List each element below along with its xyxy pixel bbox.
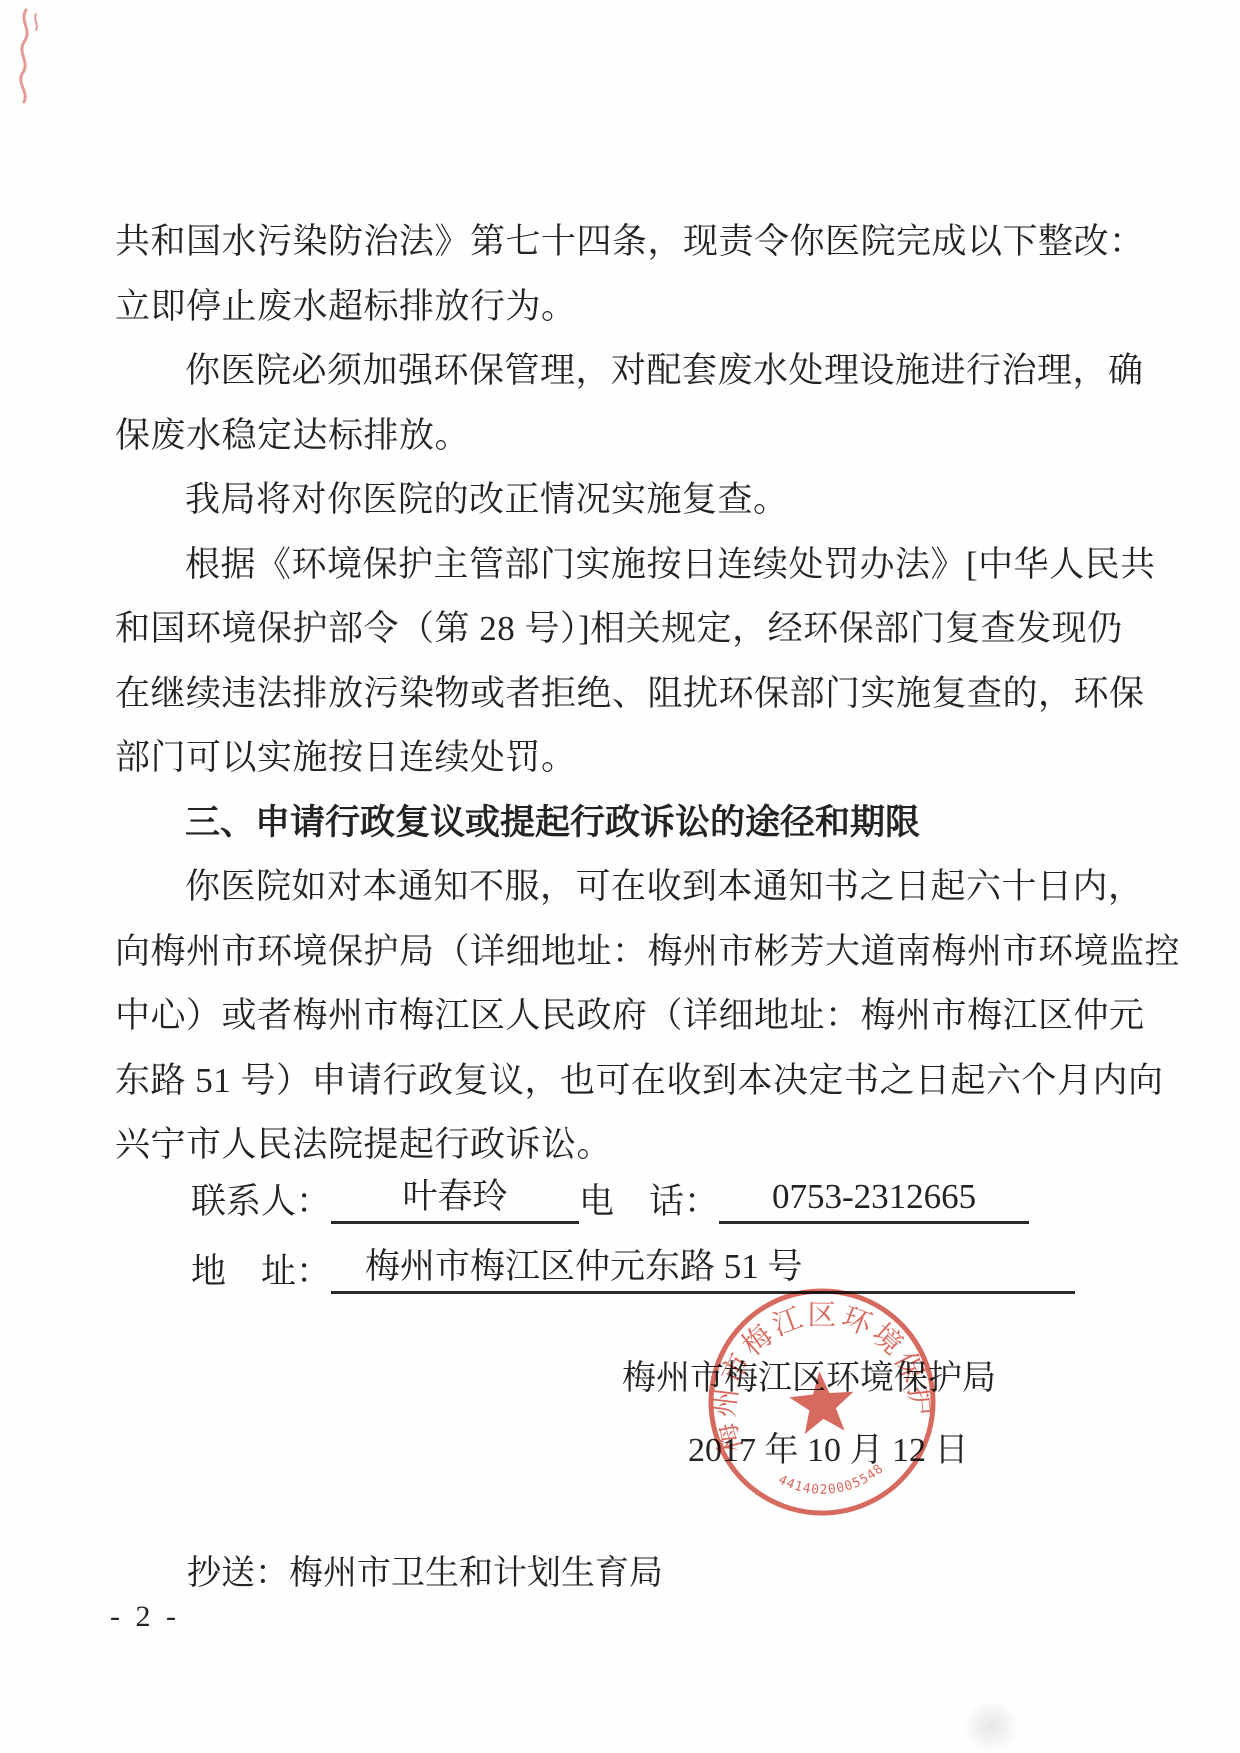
official-seal-stamp: 梅州市梅江区环境保护局 4414020005548 [681, 1261, 963, 1543]
contact-address-row: 地 址： 梅州市梅江区仲元东路 51 号 [115, 1232, 1127, 1294]
text-line: 共和国水污染防治法》第七十四条，现责令你医院完成以下整改： [115, 210, 1127, 275]
seal-star-icon [787, 1368, 857, 1435]
corner-scribble-artifact [6, 4, 50, 108]
svg-text:4414020005548: 4414020005548 [774, 1460, 888, 1502]
text-line: 中心）或者梅州市梅江区人民政府（详细地址：梅州市梅江区仲元 [115, 984, 1127, 1049]
contact-address-label: 地 址： [191, 1244, 331, 1294]
text-line: 和国环境保护部令（第 28 号）]相关规定，经环保部门复查发现仍 [115, 597, 1127, 662]
text-line: 根据《环境保护主管部门实施按日连续处罚办法》[中华人民共 [115, 533, 1127, 598]
text-line: 保废水稳定达标排放。 [115, 404, 1127, 469]
page-number: - 2 - [110, 1600, 180, 1634]
text-line: 在继续违法排放污染物或者拒绝、阻扰环保部门实施复查的，环保 [115, 662, 1127, 727]
seal-code: 4414020005548 [774, 1460, 888, 1502]
contact-person-row: 联系人： 叶春玲 电 话： 0753-2312665 [115, 1162, 1127, 1224]
text-line: 东路 51 号）申请行政复议，也可在收到本决定书之日起六个月内向 [115, 1049, 1127, 1114]
text-line: 你医院如对本通知不服，可在收到本通知书之日起六十日内， [115, 855, 1127, 920]
document-page: 共和国水污染防治法》第七十四条，现责令你医院完成以下整改：立即停止废水超标排放行… [0, 0, 1240, 1753]
cc-line: 抄送：梅州市卫生和计划生育局 [187, 1545, 663, 1594]
text-line: 向梅州市环境保护局（详细地址：梅州市彬芳大道南梅州市环境监控 [115, 920, 1127, 985]
scan-smudge-artifact [962, 1700, 1020, 1753]
contact-person-label: 联系人： [191, 1174, 331, 1224]
text-line: 我局将对你医院的改正情况实施复查。 [115, 468, 1127, 533]
section-heading: 三、申请行政复议或提起行政诉讼的途径和期限 [115, 791, 1127, 856]
document-body: 共和国水污染防治法》第七十四条，现责令你医院完成以下整改：立即停止废水超标排放行… [115, 210, 1127, 1178]
text-line: 立即停止废水超标排放行为。 [115, 275, 1127, 340]
text-line: 部门可以实施按日连续处罚。 [115, 726, 1127, 791]
contact-phone-label: 电 话： [579, 1174, 719, 1224]
text-line: 你医院必须加强环保管理，对配套废水处理设施进行治理，确 [115, 339, 1127, 404]
contact-phone-value: 0753-2312665 [719, 1173, 1029, 1224]
contact-person-value: 叶春玲 [331, 1173, 579, 1224]
contact-block: 联系人： 叶春玲 电 话： 0753-2312665 地 址： 梅州市梅江区仲元… [115, 1162, 1127, 1302]
